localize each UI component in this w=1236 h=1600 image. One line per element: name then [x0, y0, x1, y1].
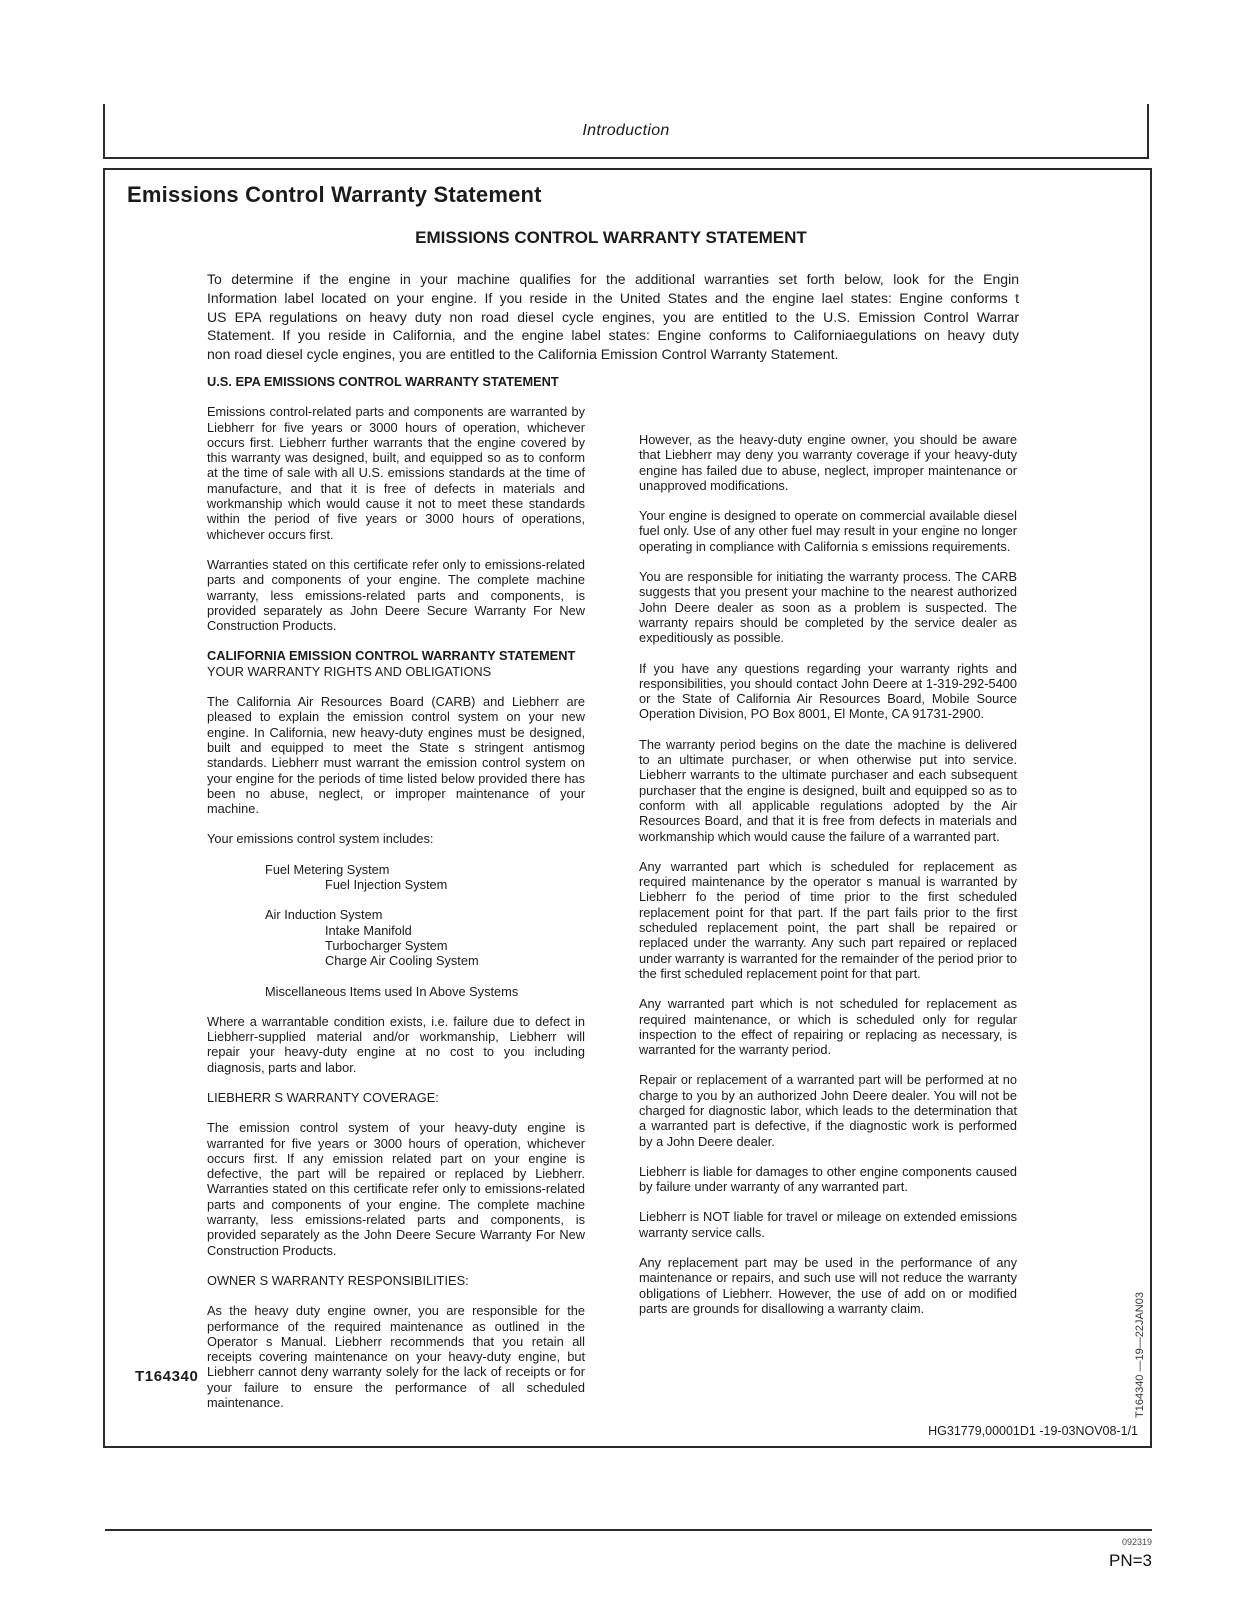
- paragraph: Liebherr is liable for damages to other …: [639, 1164, 1017, 1195]
- paragraph: As the heavy duty engine owner, you are …: [207, 1303, 585, 1410]
- intro-line: Information label located on your engine…: [207, 289, 1019, 308]
- paragraph: The warranty period begins on the date t…: [639, 737, 1017, 844]
- paragraph: Warranties stated on this certificate re…: [207, 557, 585, 633]
- paragraph: Liebherr is NOT liable for travel or mil…: [639, 1209, 1017, 1240]
- document-code: HG31779,00001D1 -19-03NOV08-1/1: [928, 1424, 1138, 1438]
- margin-revision-code: T164340 —19—22JAN03: [1134, 1246, 1146, 1418]
- section-heading: OWNER S WARRANTY RESPONSIBILITIES:: [207, 1273, 585, 1288]
- spacer: [207, 969, 585, 984]
- paragraph: The emission control system of your heav…: [207, 1120, 585, 1258]
- running-header-box: Introduction: [103, 104, 1149, 159]
- paragraph: Where a warrantable condition exists, i.…: [207, 1014, 585, 1075]
- section-heading: CALIFORNIA EMISSION CONTROL WARRANTY STA…: [207, 648, 585, 663]
- paragraph: Repair or replacement of a warranted par…: [639, 1072, 1017, 1148]
- intro-paragraph: To determine if the engine in your machi…: [207, 270, 1019, 364]
- section-heading: LIEBHERR S WARRANTY COVERAGE:: [207, 1090, 585, 1105]
- list-item: Intake Manifold: [325, 923, 585, 938]
- list-item: Fuel Metering System: [265, 862, 585, 877]
- warranty-statement-box: Emissions Control Warranty Statement EMI…: [103, 168, 1152, 1448]
- list-item: Turbocharger System: [325, 938, 585, 953]
- paragraph: Emissions control-related parts and comp…: [207, 404, 585, 542]
- intro-line: To determine if the engine in your machi…: [207, 270, 1019, 289]
- list-item: Fuel Injection System: [325, 877, 585, 892]
- paragraph: Any warranted part which is not schedule…: [639, 996, 1017, 1057]
- paragraph: Any replacement part may be used in the …: [639, 1255, 1017, 1316]
- list-item: Charge Air Cooling System: [325, 953, 585, 968]
- section-heading: YOUR WARRANTY RIGHTS AND OBLIGATIONS: [207, 664, 585, 679]
- figure-number: T164340: [135, 1368, 198, 1385]
- section-title: Introduction: [582, 122, 669, 140]
- paragraph: The California Air Resources Board (CARB…: [207, 694, 585, 816]
- spacer: [207, 999, 585, 1014]
- paragraph: If you have any questions regarding your…: [639, 661, 1017, 722]
- footer-divider: [105, 1529, 1152, 1531]
- right-column: However, as the heavy-duty engine owner,…: [639, 374, 1017, 1425]
- intro-line: non road diesel cycle engines, you are e…: [207, 345, 1019, 364]
- paragraph: Your engine is designed to operate on co…: [639, 508, 1017, 554]
- page-number: PN=3: [0, 1551, 1152, 1571]
- paragraph: However, as the heavy-duty engine owner,…: [639, 432, 1017, 493]
- statement-heading: EMISSIONS CONTROL WARRANTY STATEMENT: [205, 228, 1017, 248]
- paragraph: Any warranted part which is scheduled fo…: [639, 859, 1017, 981]
- intro-line: Statement. If you reside in California, …: [207, 326, 1019, 345]
- two-column-text: U.S. EPA EMISSIONS CONTROL WARRANTY STAT…: [207, 374, 1117, 1425]
- list-item: Air Induction System: [265, 907, 585, 922]
- list-item: Miscellaneous Items used In Above System…: [265, 984, 585, 999]
- spacer: [207, 892, 585, 907]
- page-title: Emissions Control Warranty Statement: [127, 182, 542, 208]
- print-code: 092319: [0, 1537, 1152, 1547]
- left-column: U.S. EPA EMISSIONS CONTROL WARRANTY STAT…: [207, 374, 585, 1425]
- paragraph: Your emissions control system includes:: [207, 831, 585, 846]
- intro-line: US EPA regulations on heavy duty non roa…: [207, 308, 1019, 327]
- section-heading: U.S. EPA EMISSIONS CONTROL WARRANTY STAT…: [207, 374, 585, 389]
- paragraph: You are responsible for initiating the w…: [639, 569, 1017, 645]
